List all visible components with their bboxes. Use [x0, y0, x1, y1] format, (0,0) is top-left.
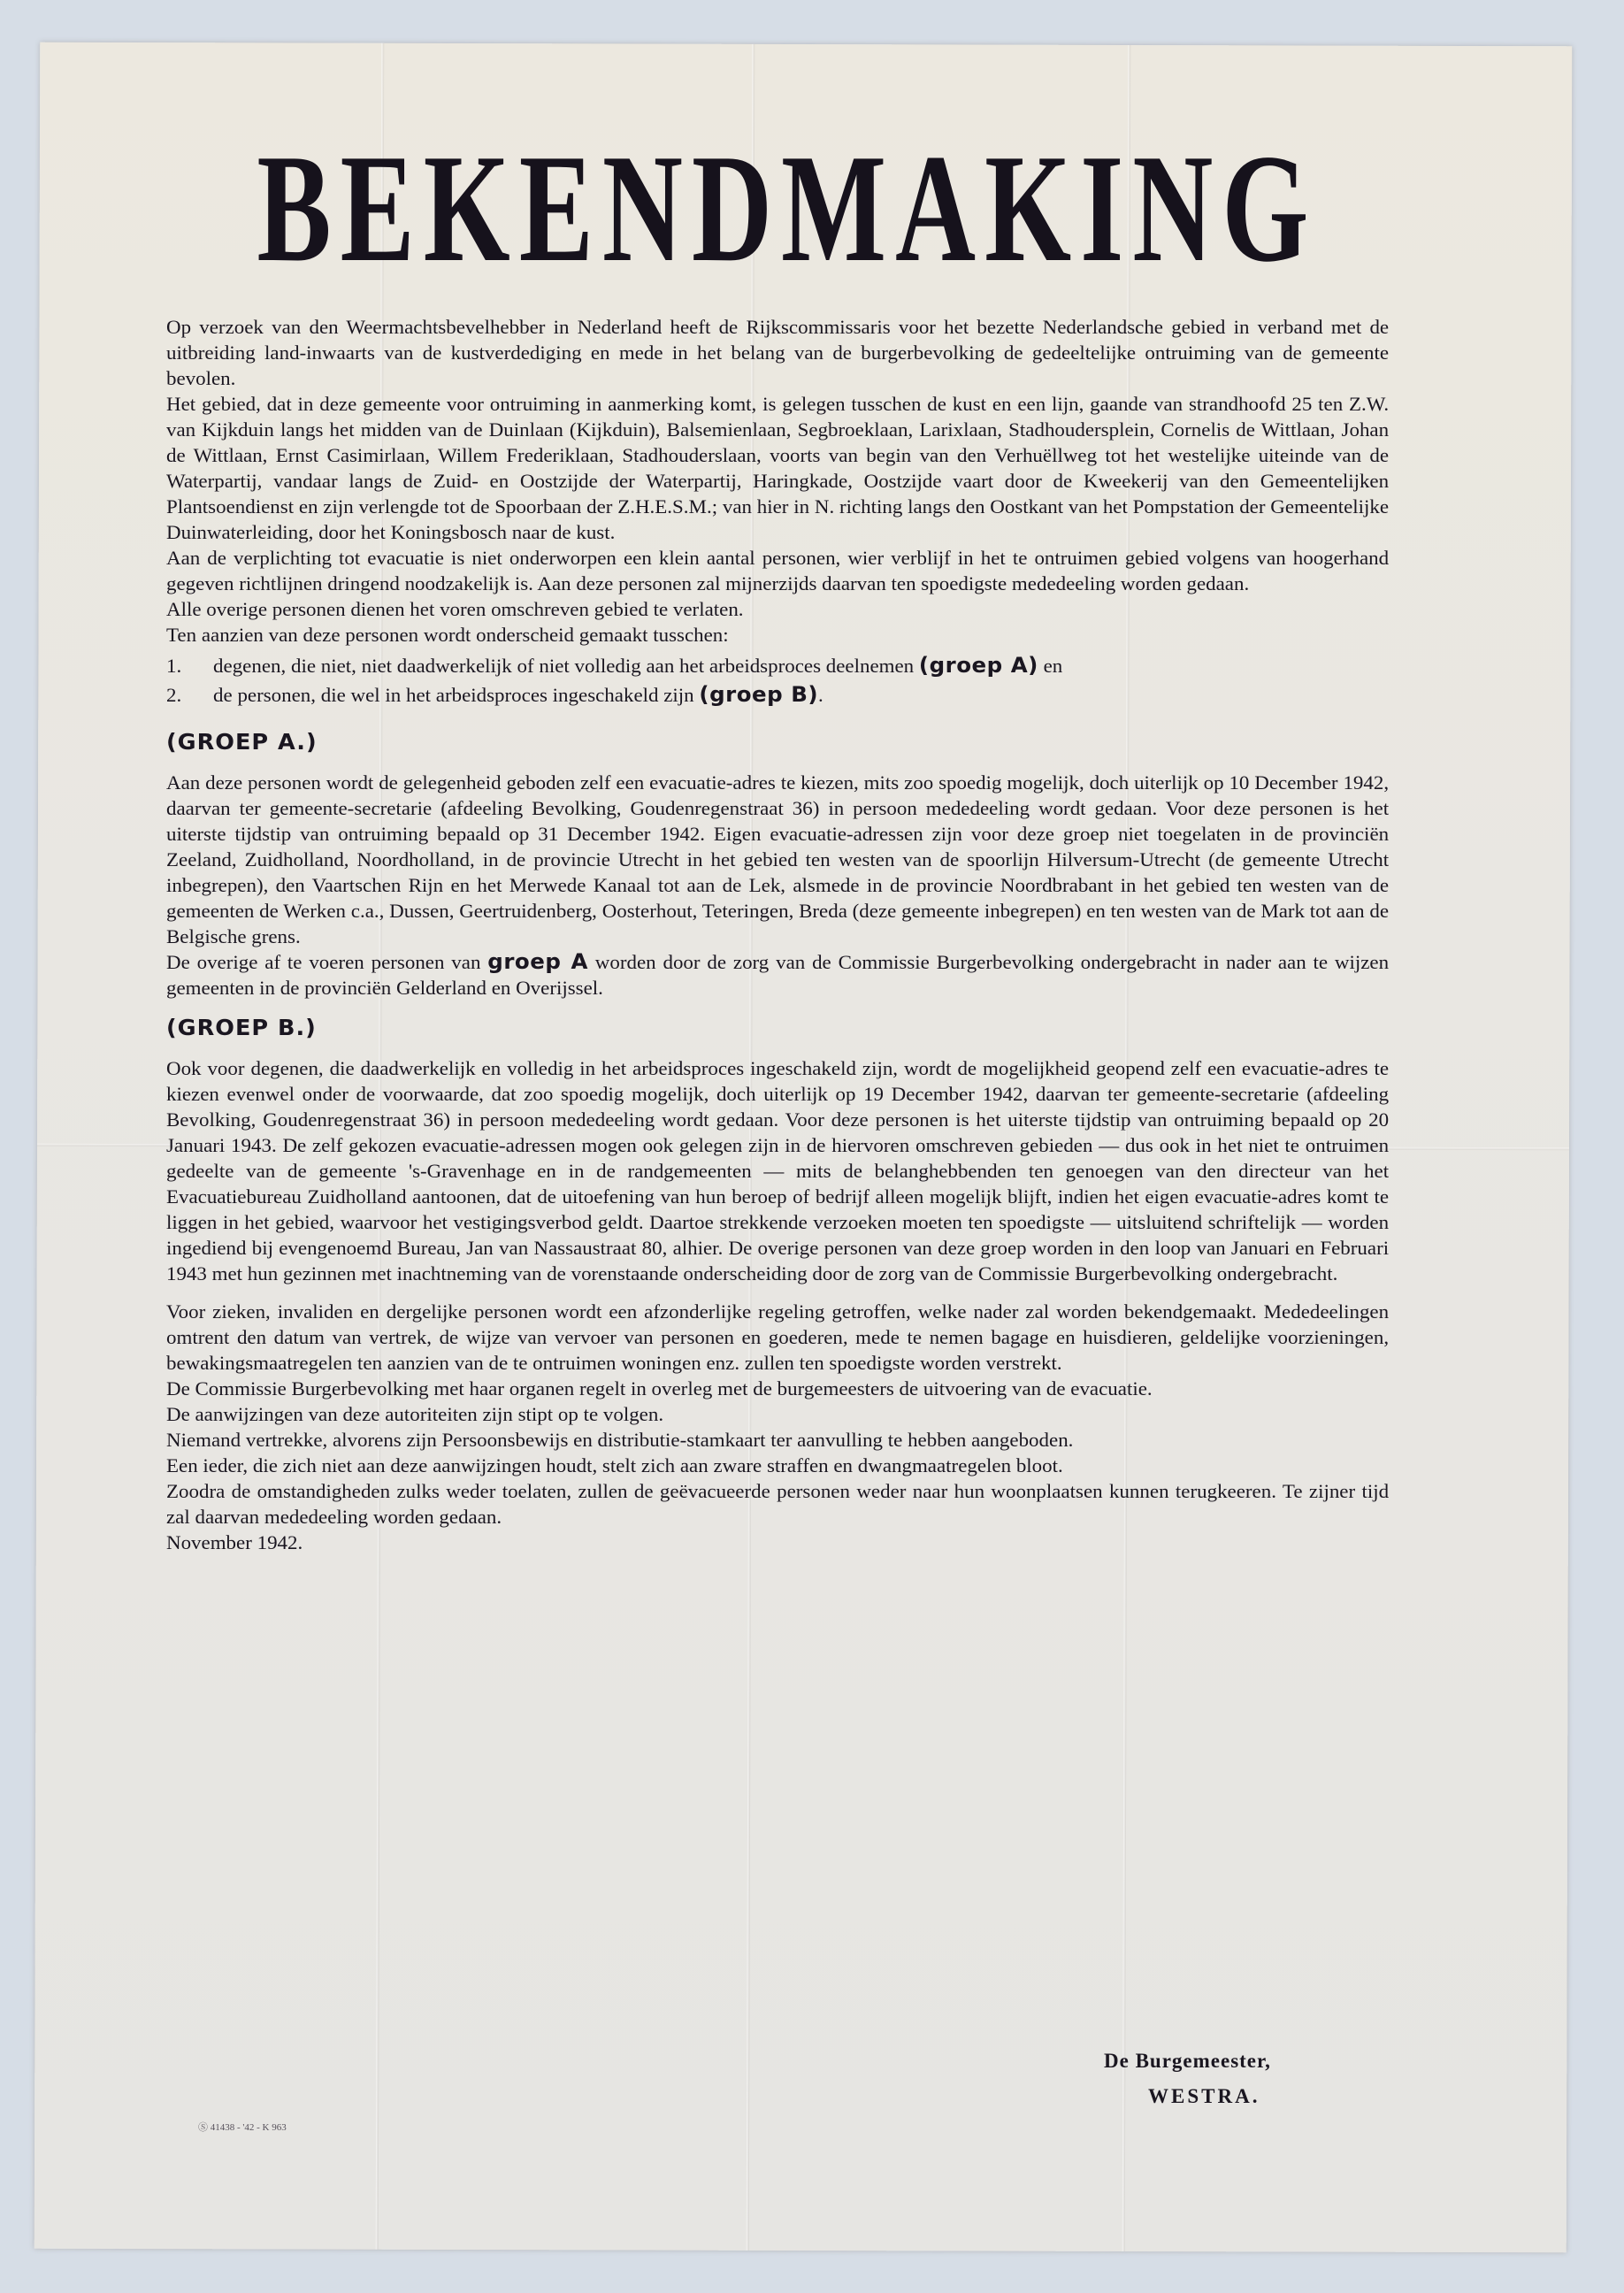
intro-paragraph: Ten aanzien van deze personen wordt onde… — [166, 622, 1389, 648]
closing-paragraph: Niemand vertrekke, alvorens zijn Persoon… — [166, 1427, 1389, 1453]
list-suffix: en — [1038, 655, 1062, 677]
issue-date: November 1942. — [166, 1530, 1389, 1555]
group-b-heading: (GROEP B.) — [166, 1013, 1389, 1043]
signature-role: De Burgemeester, — [1104, 2044, 1271, 2079]
intro-paragraph: Het gebied, dat in deze gemeente voor on… — [166, 391, 1389, 545]
signature-block: De Burgemeester, WESTRA. — [1104, 2044, 1271, 2114]
list-number: 2. — [166, 682, 213, 708]
group-a-paragraph: Aan deze personen wordt de gelegenheid g… — [166, 770, 1389, 949]
closing-paragraph: De aanwijzingen van deze autoriteiten zi… — [166, 1401, 1389, 1427]
text-span: De overige af te voeren personen van — [166, 951, 487, 973]
intro-paragraph: Op verzoek van den Weermachtsbevelhebber… — [166, 314, 1389, 391]
intro-paragraph: Alle overige personen dienen het voren o… — [166, 596, 1389, 622]
list-suffix: . — [818, 684, 823, 706]
list-number: 1. — [166, 653, 213, 679]
list-item-text: de personen, die wel in het arbeidsproce… — [213, 684, 694, 706]
group-a-heading: (GROEP A.) — [166, 727, 1389, 757]
list-item-text: degenen, die niet, niet daadwerkelijk of… — [213, 655, 914, 677]
group-label: (groep A) — [919, 653, 1038, 678]
intro-paragraph: Aan de verplichting tot evacuatie is nie… — [166, 545, 1389, 596]
title-container: BEKENDMAKING — [177, 115, 1398, 310]
list-item: 2. de personen, die wel in het arbeidspr… — [166, 682, 1389, 708]
group-a-paragraph: De overige af te voeren personen van gro… — [166, 949, 1389, 1001]
group-label: groep A — [487, 949, 588, 974]
closing-paragraph: Een ieder, die zich niet aan deze aanwij… — [166, 1453, 1389, 1478]
list-text: degenen, die niet, niet daadwerkelijk of… — [213, 653, 1062, 679]
list-item: 1. degenen, die niet, niet daadwerkelijk… — [166, 653, 1389, 679]
list-text: de personen, die wel in het arbeidsproce… — [213, 682, 823, 708]
poster-title: BEKENDMAKING — [157, 124, 1418, 292]
group-b-paragraph: Ook voor degenen, die daadwerkelijk en v… — [166, 1055, 1389, 1286]
closing-paragraph: Zoodra de omstandigheden zulks weder toe… — [166, 1478, 1389, 1530]
closing-paragraph: Voor zieken, invaliden en dergelijke per… — [166, 1299, 1389, 1376]
printer-mark: Ⓢ 41438 - '42 - K 963 — [198, 2120, 287, 2134]
signature-name: WESTRA. — [1104, 2079, 1271, 2114]
closing-paragraph: De Commissie Burgerbevolking met haar or… — [166, 1376, 1389, 1401]
group-label: (groep B) — [699, 682, 818, 707]
poster-body: Op verzoek van den Weermachtsbevelhebber… — [166, 314, 1389, 1555]
